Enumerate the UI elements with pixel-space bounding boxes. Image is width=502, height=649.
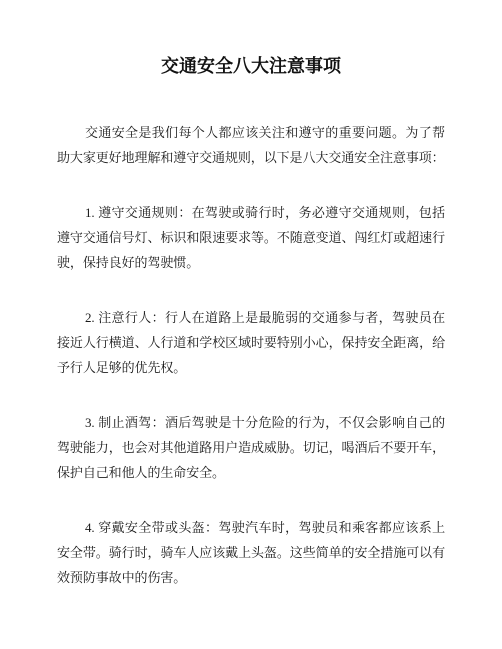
rule-item-1: 1. 遵守交通规则：在驾驶或骑行时，务必遵守交通规则，包括遵守交通信号灯、标识和… [57,200,445,275]
document-title: 交通安全八大注意事项 [57,50,445,82]
rule-item-4: 4. 穿戴安全带或头盔：驾驶汽车时，驾驶员和乘客都应该系上安全带。骑行时，骑车人… [57,515,445,590]
document-page: 交通安全八大注意事项 交通安全是我们每个人都应该关注和遵守的重要问题。为了帮助大… [0,0,502,649]
rule-item-3: 3. 制止酒驾：酒后驾驶是十分危险的行为，不仅会影响自己的驾驶能力，也会对其他道… [57,410,445,485]
rule-item-2: 2. 注意行人：行人在道路上是最脆弱的交通参与者，驾驶员在接近人行横道、人行道和… [57,305,445,380]
intro-paragraph: 交通安全是我们每个人都应该关注和遵守的重要问题。为了帮助大家更好地理解和遵守交通… [57,120,445,170]
